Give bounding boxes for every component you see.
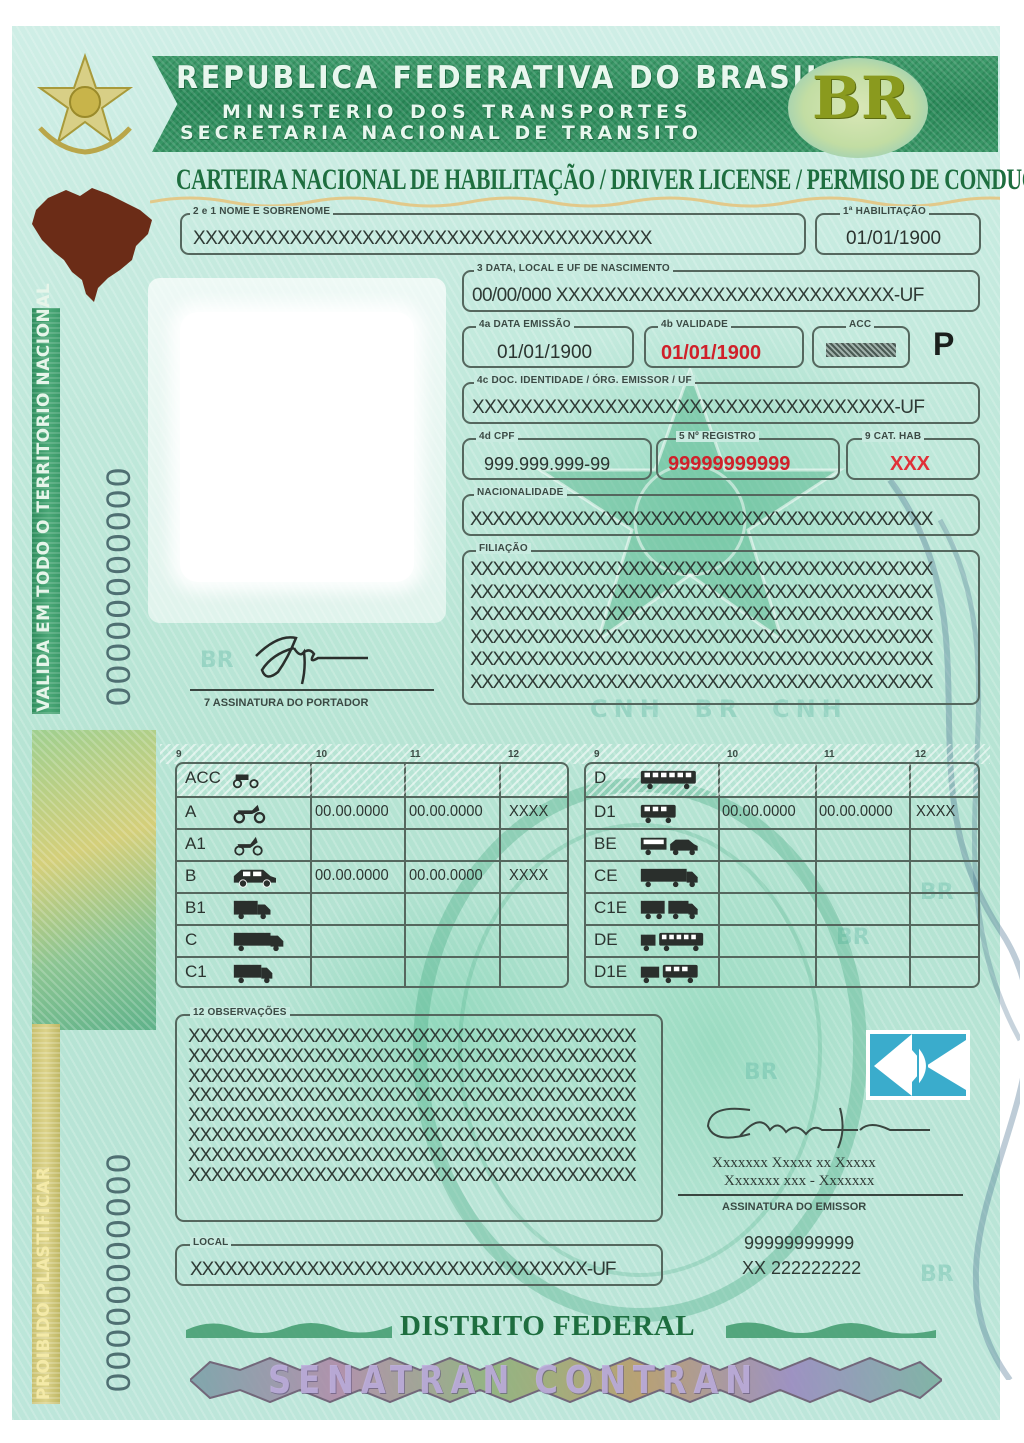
observation-line: XXXXXXXXXXXXXXXXXXXXXXXXXXXXXXXXXXXXXXX [188, 1126, 635, 1146]
category-code: DE [594, 930, 618, 950]
small-motorcycle-icon [229, 835, 301, 857]
col-header-end: 11 [410, 749, 421, 760]
category-row-c1: C1 [177, 956, 567, 988]
issuer-name: Xxxxxxx Xxxxx xx Xxxxx [712, 1155, 876, 1172]
category-obs-cell: XXXX [509, 803, 548, 821]
observation-line: XXXXXXXXXXXXXXXXXXXXXXXXXXXXXXXXXXXXXXX [188, 1106, 635, 1126]
observation-line: XXXXXXXXXXXXXXXXXXXXXXXXXXXXXXXXXXXXXXX [188, 1086, 635, 1106]
issue-date-label: 4a DATA EMISSÃO [476, 319, 574, 330]
bottom-serial-number: 00000000000 [100, 1151, 139, 1392]
issuer-signature-line [678, 1194, 963, 1196]
category-code: D1 [594, 802, 616, 822]
filiation-line: XXXXXXXXXXXXXXXXXXXXXXXXXXXXXXXXXXXXXXXX… [470, 627, 932, 650]
observation-line: XXXXXXXXXXXXXXXXXXXXXXXXXXXXXXXXXXXXXXX [188, 1047, 635, 1067]
car-trailer-icon [636, 835, 708, 857]
category-table-left: ACCA00.00.000000.00.0000XXXXA1B00.00.000… [175, 762, 569, 988]
category-start-cell: 00.00.0000 [315, 867, 389, 885]
holder-photo [180, 312, 414, 582]
renach-number: 99999999999 [744, 1233, 854, 1254]
motorcycle-icon [229, 803, 301, 825]
van-icon [229, 899, 301, 921]
issuer-signature-label: ASSINATURA DO EMISSOR [722, 1201, 866, 1213]
col-header-obs: 12 [508, 749, 519, 760]
expiry-date-value: 01/01/1900 [661, 342, 761, 365]
minibus-icon [636, 803, 708, 825]
hologram-text: SENATRAN CONTRAN [268, 1358, 759, 1402]
category-row-a1: A1 [177, 828, 567, 860]
semi-truck-icon [636, 867, 708, 889]
registry-value: 99999999999 [668, 453, 790, 476]
observations-lines: XXXXXXXXXXXXXXXXXXXXXXXXXXXXXXXXXXXXXXX … [188, 1027, 635, 1185]
col-header-end: 11 [824, 749, 835, 760]
first-license-label: 1ª HABILITAÇÃO [840, 206, 929, 217]
category-code: B [185, 866, 196, 886]
header-ministry: MINISTERIO DOS TRANSPORTES [222, 101, 693, 123]
issuer-title: Xxxxxxx xxx - Xxxxxxx [724, 1173, 874, 1190]
category-label: 9 CAT. HAB [862, 431, 924, 442]
category-row-d1e: D1E [586, 956, 978, 988]
filiation-line: XXXXXXXXXXXXXXXXXXXXXXXXXXXXXXXXXXXXXXXX… [470, 582, 932, 605]
name-value: XXXXXXXXXXXXXXXXXXXXXXXXXXXXXXXXXXXXXX [193, 228, 652, 251]
acc-label: ACC [846, 319, 874, 330]
first-license-value: 01/01/1900 [846, 228, 941, 250]
local-value: XXXXXXXXXXXXXXXXXXXXXXXXXXXXXXXXXX-UF [190, 1259, 616, 1282]
bus-trailer-icon [636, 931, 708, 953]
cpf-label: 4d CPF [476, 431, 518, 442]
category-row-b: B00.00.000000.00.0000XXXX [177, 860, 567, 892]
category-start-cell: 00.00.0000 [722, 803, 796, 821]
filiation-line: XXXXXXXXXXXXXXXXXXXXXXXXXXXXXXXXXXXXXXXX… [470, 672, 932, 695]
category-row-ce: CE [586, 860, 978, 892]
category-code: A [185, 802, 196, 822]
name-label: 2 e 1 NOME E SOBRENOME [190, 206, 333, 217]
col-header-start: 10 [727, 749, 738, 760]
category-obs-cell: XXXX [916, 803, 955, 821]
local-label: LOCAL [190, 1237, 231, 1248]
category-end-cell: 00.00.0000 [409, 867, 483, 885]
holder-signature-line [190, 689, 434, 691]
footer-wave-right [726, 1316, 936, 1338]
category-code: D [594, 768, 606, 788]
minibus-trailer-icon [636, 963, 708, 985]
category-row-a: A00.00.000000.00.0000XXXX [177, 796, 567, 828]
top-serial-number: 00000000000 [100, 465, 139, 706]
holder-signature [248, 628, 368, 688]
document-title: CARTEIRA NACIONAL DE HABILITAÇÃO / DRIVE… [176, 163, 1024, 197]
category-row-acc: ACC [177, 764, 567, 796]
col-header-obs: 12 [915, 749, 926, 760]
filiation-lines: XXXXXXXXXXXXXXXXXXXXXXXXXXXXXXXXXXXXXXXX… [470, 559, 932, 694]
category-code: C1E [594, 898, 627, 918]
category-code: B1 [185, 898, 206, 918]
observations-label: 12 OBSERVAÇÕES [190, 1007, 290, 1018]
car-icon [229, 867, 301, 889]
category-value: XXX [890, 453, 930, 476]
category-code: CE [594, 866, 618, 886]
category-end-cell: 00.00.0000 [409, 803, 483, 821]
observation-line: XXXXXXXXXXXXXXXXXXXXXXXXXXXXXXXXXXXXXXX [188, 1027, 635, 1047]
observation-line: XXXXXXXXXXXXXXXXXXXXXXXXXXXXXXXXXXXXXXX [188, 1146, 635, 1166]
denatran-logo-icon [866, 1030, 970, 1100]
document-serial: XX 222222222 [742, 1258, 861, 1279]
no-lamination-text: PROIBIDO PLASTIFICAR [34, 1167, 54, 1400]
acc-pattern [826, 343, 896, 357]
filiation-line: XXXXXXXXXXXXXXXXXXXXXXXXXXXXXXXXXXXXXXXX… [470, 649, 932, 672]
category-end-cell: 00.00.0000 [819, 803, 893, 821]
permit-type: P [933, 326, 954, 363]
category-code: ACC [185, 768, 221, 788]
moped-icon [229, 769, 301, 791]
category-row-d1: D100.00.000000.00.0000XXXX [586, 796, 978, 828]
coat-of-arms-icon [30, 50, 140, 160]
birth-label: 3 DATA, LOCAL E UF DE NASCIMENTO [474, 263, 673, 274]
category-row-d: D [586, 764, 978, 796]
category-table-right: DD100.00.000000.00.0000XXXXBECEC1EDED1E [584, 762, 980, 988]
col-header-start: 10 [316, 749, 327, 760]
holder-signature-label: 7 ASSINATURA DO PORTADOR [204, 697, 368, 709]
observation-line: XXXXXXXXXXXXXXXXXXXXXXXXXXXXXXXXXXXXXXX [188, 1166, 635, 1186]
bus-icon [636, 769, 708, 791]
watermark-br: BR [200, 648, 234, 673]
truck-icon [229, 931, 301, 953]
category-row-be: BE [586, 828, 978, 860]
registry-label: 5 Nº REGISTRO [676, 431, 759, 442]
nationality-label: NACIONALIDADE [474, 487, 567, 498]
truck-trailer-icon [636, 899, 708, 921]
col-header-category: 9 [594, 749, 600, 760]
category-code: A1 [185, 834, 206, 854]
filiation-line: XXXXXXXXXXXXXXXXXXXXXXXXXXXXXXXXXXXXXXXX… [470, 559, 932, 582]
validity-strip-text: VALIDA EM TODO O TERRITORIO NACIONAL [34, 283, 54, 712]
category-code: BE [594, 834, 617, 854]
category-code: C [185, 930, 197, 950]
category-row-b1: B1 [177, 892, 567, 924]
category-code: D1E [594, 962, 627, 982]
filiation-line: XXXXXXXXXXXXXXXXXXXXXXXXXXXXXXXXXXXXXXXX… [470, 604, 932, 627]
footer-wave-left [186, 1316, 392, 1338]
header-secretariat: SECRETARIA NACIONAL DE TRANSITO [180, 122, 702, 144]
hatched-band [160, 744, 990, 764]
category-start-cell: 00.00.0000 [315, 803, 389, 821]
filiation-label: FILIAÇÃO [476, 543, 531, 554]
issuer-signature [690, 1100, 940, 1150]
issue-date-value: 01/01/1900 [497, 342, 592, 364]
category-obs-cell: XXXX [509, 867, 548, 885]
category-row-c: C [177, 924, 567, 956]
category-row-de: DE [586, 924, 978, 956]
expiry-date-label: 4b VALIDADE [658, 319, 731, 330]
identity-doc-value: XXXXXXXXXXXXXXXXXXXXXXXXXXXXXXXXXXX-UF [472, 397, 924, 420]
col-header-category: 9 [176, 749, 182, 760]
small-truck-icon [229, 963, 301, 985]
birth-value: 00/00/000 XXXXXXXXXXXXXXXXXXXXXXXXXXXX-U… [472, 285, 924, 308]
category-row-c1e: C1E [586, 892, 978, 924]
header-republic: REPUBLICA FEDERATIVA DO BRASIL [176, 60, 827, 96]
observation-line: XXXXXXXXXXXXXXXXXXXXXXXXXXXXXXXXXXXXXXX [188, 1067, 635, 1087]
br-seal-text: BR [812, 64, 908, 132]
nationality-value: XXXXXXXXXXXXXXXXXXXXXXXXXXXXXXXXXXXXXXXX… [470, 509, 932, 532]
cpf-value: 999.999.999-99 [484, 454, 610, 475]
issuing-state: DISTRITO FEDERAL [400, 1310, 695, 1343]
gold-security-strip [32, 730, 156, 1030]
identity-doc-label: 4c DOC. IDENTIDADE / ÓRG. EMISSOR / UF [474, 375, 695, 386]
category-code: C1 [185, 962, 207, 982]
